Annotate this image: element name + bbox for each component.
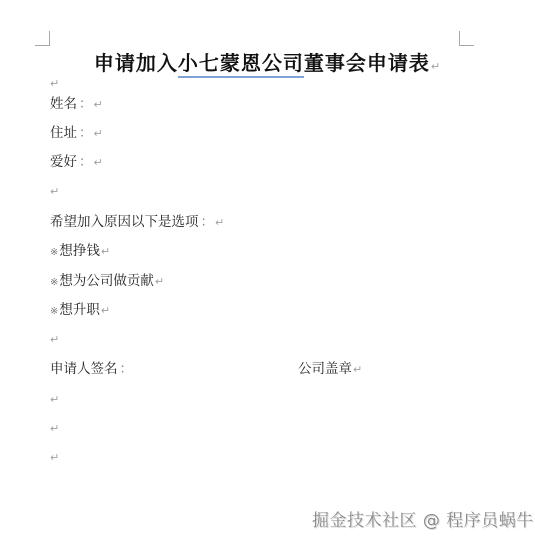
reason-text: 想为公司做贡献 bbox=[59, 273, 154, 289]
paragraph-mark-icon: ↵ bbox=[94, 156, 103, 169]
empty-paragraph[interactable]: ↵ bbox=[50, 393, 59, 407]
document-page: 申请加入小七蒙恩公司董事会申请表↵ ↵ 姓名：↵ 住址：↵ 爱好：↵ ↵ 希望加… bbox=[0, 0, 535, 540]
paragraph-mark-icon: ↵ bbox=[431, 60, 441, 73]
paragraph-mark-icon: ↵ bbox=[215, 216, 224, 229]
field-colon: ： bbox=[120, 361, 134, 377]
field-address[interactable]: 住址：↵ bbox=[50, 125, 103, 142]
empty-paragraph[interactable]: ↵ bbox=[50, 77, 59, 91]
watermark: 掘金技术社区 @ 程序员蜗牛 bbox=[312, 506, 534, 531]
company-seal[interactable]: 公司盖章↵ bbox=[298, 361, 362, 378]
paragraph-mark-icon: ↵ bbox=[50, 77, 59, 90]
reason-item[interactable]: ※想为公司做贡献↵ bbox=[50, 273, 164, 291]
paragraph-mark-icon: ↵ bbox=[101, 304, 110, 317]
empty-paragraph[interactable]: ↵ bbox=[50, 451, 59, 465]
paragraph-mark-icon: ↵ bbox=[50, 333, 59, 346]
empty-paragraph[interactable]: ↵ bbox=[50, 422, 59, 436]
reference-mark-icon: ※ bbox=[50, 247, 58, 258]
paragraph-mark-icon: ↵ bbox=[155, 275, 164, 288]
document-title[interactable]: 申请加入小七蒙恩公司董事会申请表↵ bbox=[0, 47, 535, 76]
paragraph-mark-icon: ↵ bbox=[101, 245, 110, 258]
paragraph-mark-icon: ↵ bbox=[353, 363, 362, 376]
field-colon: ： bbox=[201, 214, 215, 230]
reason-item[interactable]: ※想升职↵ bbox=[50, 302, 110, 320]
title-company-name-spellcheck[interactable]: 小七蒙恩公司 bbox=[178, 51, 304, 78]
empty-paragraph[interactable]: ↵ bbox=[50, 185, 59, 199]
paragraph-mark-icon: ↵ bbox=[50, 451, 59, 464]
company-seal-label: 公司盖章 bbox=[298, 361, 352, 377]
title-suffix: 董事会申请表 bbox=[304, 51, 430, 75]
reasons-heading-text: 希望加入原因以下是选项 bbox=[50, 214, 199, 230]
field-label-name: 姓名 bbox=[50, 96, 77, 112]
reason-text: 想升职 bbox=[59, 302, 100, 318]
paragraph-mark-icon: ↵ bbox=[50, 393, 59, 406]
paragraph-mark-icon: ↵ bbox=[50, 185, 59, 198]
field-colon: ： bbox=[79, 96, 93, 112]
reasons-heading[interactable]: 希望加入原因以下是选项：↵ bbox=[50, 214, 224, 231]
paragraph-mark-icon: ↵ bbox=[94, 98, 103, 111]
paragraph-mark-icon: ↵ bbox=[50, 422, 59, 435]
reason-text: 想挣钱 bbox=[59, 243, 100, 259]
margin-corner-top-left bbox=[35, 31, 50, 46]
signature-label: 申请人签名 bbox=[50, 361, 118, 377]
field-colon: ： bbox=[79, 154, 93, 170]
field-name[interactable]: 姓名：↵ bbox=[50, 96, 103, 113]
field-colon: ： bbox=[79, 125, 93, 141]
field-hobby[interactable]: 爱好：↵ bbox=[50, 154, 103, 171]
field-label-hobby: 爱好 bbox=[50, 154, 77, 170]
margin-corner-top-right bbox=[459, 31, 474, 46]
reference-mark-icon: ※ bbox=[50, 306, 58, 317]
paragraph-mark-icon: ↵ bbox=[94, 127, 103, 140]
reference-mark-icon: ※ bbox=[50, 277, 58, 288]
reason-item[interactable]: ※想挣钱↵ bbox=[50, 243, 110, 261]
empty-paragraph[interactable]: ↵ bbox=[50, 333, 59, 347]
title-prefix: 申请加入 bbox=[94, 51, 178, 75]
field-label-address: 住址 bbox=[50, 125, 77, 141]
signature-line[interactable]: 申请人签名： bbox=[50, 361, 133, 377]
